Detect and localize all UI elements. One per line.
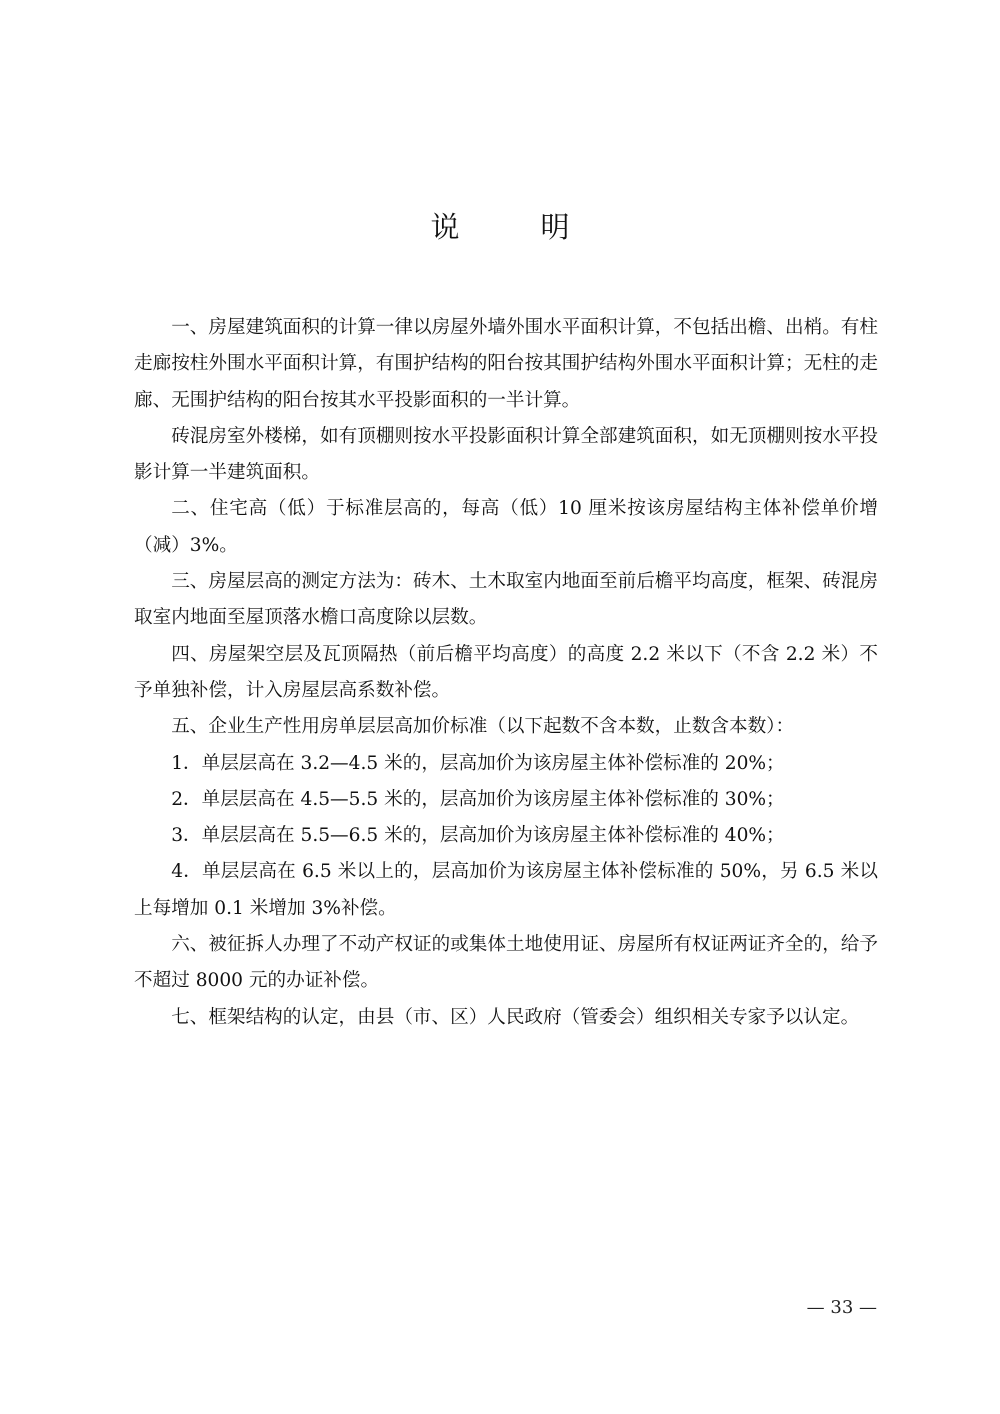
- list-item-5-3: 3．单层层高在 5.5—6.5 米的，层高加价为该房屋主体补偿标准的 40%；: [134, 818, 878, 854]
- paragraph-5-industrial-height-standard: 五、企业生产性用房单层层高加价标准（以下起数不含本数，止数含本数）：: [134, 709, 878, 745]
- paragraph-4-stilt-floor: 四、房屋架空层及瓦顶隔热（前后檐平均高度）的高度 2.2 米以下（不含 2.2 …: [134, 637, 878, 710]
- paragraph-outdoor-stairs: 砖混房室外楼梯，如有顶棚则按水平投影面积计算全部建筑面积，如无顶棚则按水平投影计…: [134, 419, 878, 492]
- paragraph-3-height-measurement: 三、房屋层高的测定方法为：砖木、土木取室内地面至前后檐平均高度，框架、砖混房取室…: [134, 564, 878, 637]
- list-item-5-4: 4．单层层高在 6.5 米以上的，层高加价为该房屋主体补偿标准的 50%，另 6…: [134, 854, 878, 927]
- document-body: 一、房屋建筑面积的计算一律以房屋外墙外围水平面积计算，不包括出檐、出梢。有柱走廊…: [134, 310, 878, 1036]
- paragraph-6-certificate-compensation: 六、被征拆人办理了不动产权证的或集体土地使用证、房屋所有权证两证齐全的，给予不超…: [134, 927, 878, 1000]
- list-item-5-2: 2．单层层高在 4.5—5.5 米的，层高加价为该房屋主体补偿标准的 30%；: [134, 782, 878, 818]
- paragraph-7-frame-structure: 七、框架结构的认定，由县（市、区）人民政府（管委会）组织相关专家予以认定。: [134, 1000, 878, 1036]
- page-title: 说 明: [0, 205, 1000, 249]
- page-number: — 33 —: [795, 1296, 877, 1320]
- paragraph-1-building-area: 一、房屋建筑面积的计算一律以房屋外墙外围水平面积计算，不包括出檐、出梢。有柱走廊…: [134, 310, 878, 419]
- list-item-5-1: 1．单层层高在 3.2—4.5 米的，层高加价为该房屋主体补偿标准的 20%；: [134, 746, 878, 782]
- paragraph-2-floor-height-adjustment: 二、住宅高（低）于标准层高的，每高（低）10 厘米按该房屋结构主体补偿单价增（减…: [134, 491, 878, 564]
